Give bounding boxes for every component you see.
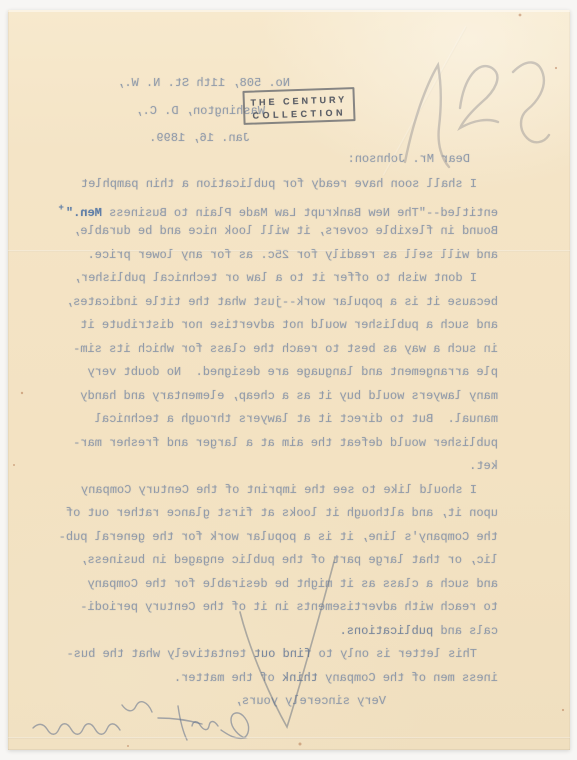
pencil-initials-scribble [405, 62, 549, 167]
pencil-check-mark [240, 558, 335, 727]
scan-background: No. 508, 11th St. N. W., Washington, D. … [0, 0, 577, 760]
foxing-specks [13, 14, 564, 747]
century-collection-stamp: THE CENTURY COLLECTION [242, 87, 355, 125]
stamp-line-2: COLLECTION [245, 106, 353, 123]
letter-paper: No. 508, 11th St. N. W., Washington, D. … [8, 10, 570, 750]
